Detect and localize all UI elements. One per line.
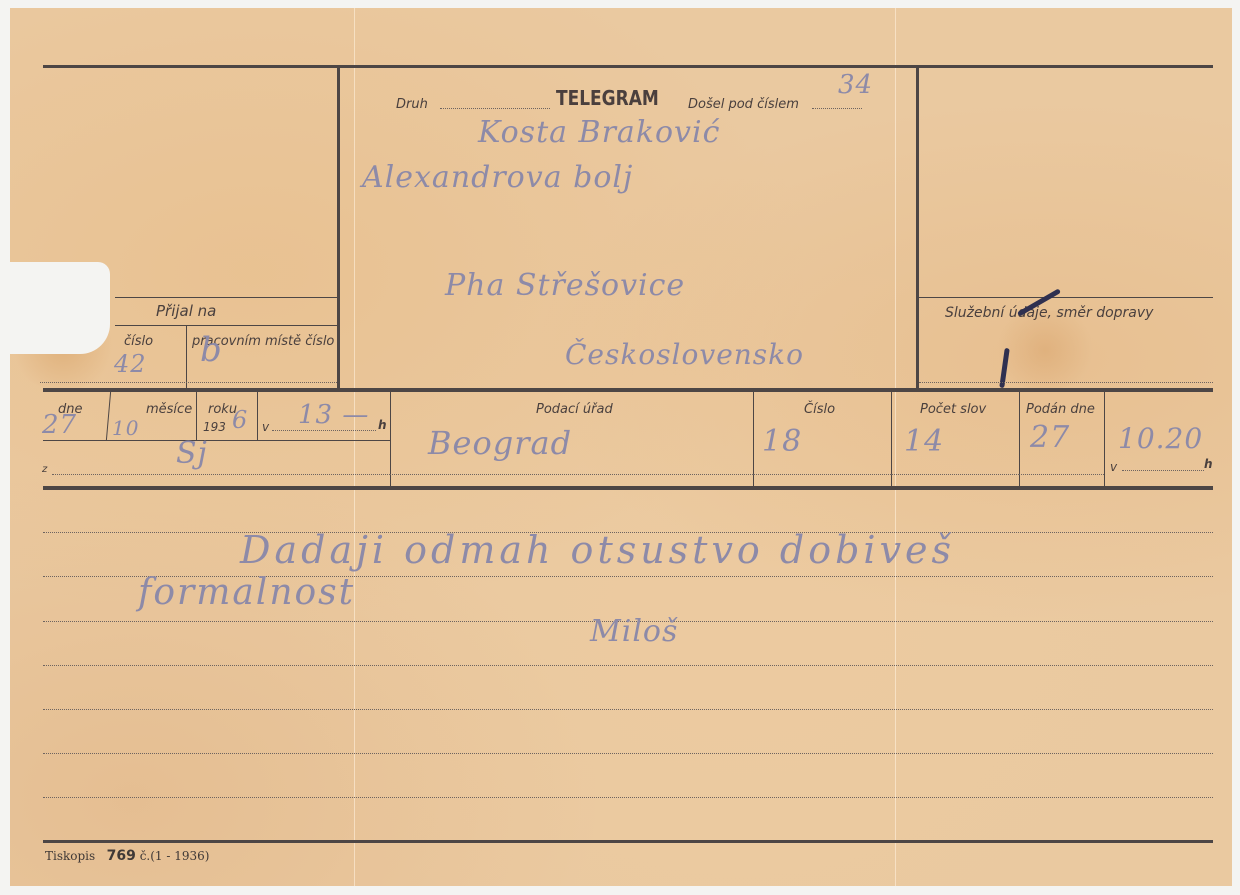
podan-left <box>1019 392 1020 486</box>
torn-corner <box>10 262 110 354</box>
message-line-2: formalnost <box>138 572 355 613</box>
prijal-field[interactable] <box>40 382 337 383</box>
sluzebni-label: Služební údaje, směr dopravy <box>945 305 1153 321</box>
podaci-label: Podací úřad <box>536 402 613 417</box>
message-line[interactable] <box>43 709 1213 710</box>
roku-prefix: 193 <box>203 420 226 434</box>
prijal-label: Přijal na <box>156 302 216 320</box>
cislo-label: Číslo <box>804 402 835 417</box>
v-label: v <box>262 420 269 434</box>
address-box-right <box>916 65 919 390</box>
druh-label: Druh <box>396 97 428 112</box>
sluzebni-field[interactable] <box>919 382 1213 383</box>
cislo-label: číslo <box>124 334 153 349</box>
prijal-divider <box>186 325 187 388</box>
podan-label: Podán dne <box>1026 402 1095 417</box>
h-label: h <box>378 418 387 432</box>
v2-label: v <box>1110 460 1117 474</box>
telegram-title: TELEGRAM <box>556 86 659 110</box>
message-line-1: Dadaji odmah otsustvo dobiveš <box>240 528 955 572</box>
dosel-value: 34 <box>838 70 873 100</box>
podan-time-value: 10.20 <box>1118 422 1203 455</box>
cislo-field[interactable] <box>753 474 891 475</box>
podaci-value: Beograd <box>428 424 572 462</box>
podan-value: 27 <box>1030 420 1070 455</box>
address-line-2: Alexandrova bolj <box>362 160 633 195</box>
tiskopis-label: Tiskopis <box>45 849 95 863</box>
fold-crease <box>354 8 355 886</box>
address-line-3: Pha Střešovice <box>445 268 685 303</box>
prijal-pracovnim-value: b <box>200 330 223 370</box>
podaci-field[interactable] <box>390 474 753 475</box>
pocet-value: 14 <box>904 424 944 459</box>
form-edition: č.(1 - 1936) <box>140 849 210 863</box>
bottom-border <box>43 840 1213 843</box>
date-row-divider <box>43 440 390 441</box>
top-border <box>43 65 1213 68</box>
header-row-top <box>43 388 1213 392</box>
message-line[interactable] <box>43 665 1213 666</box>
address-box-left <box>337 65 340 390</box>
time-value: 13 — <box>298 400 369 430</box>
podan-field[interactable] <box>1019 474 1104 475</box>
podan-time-field[interactable] <box>1122 470 1204 471</box>
prijal-top-line <box>115 297 337 298</box>
z-label: z <box>42 464 47 475</box>
dosel-field[interactable] <box>812 108 862 109</box>
address-line-4: Československo <box>565 338 804 371</box>
mesice-label: měsíce <box>146 402 192 417</box>
prijal-cislo-value: 42 <box>114 350 147 378</box>
address-line-1: Kosta Braković <box>478 115 720 150</box>
time-left <box>1104 392 1105 486</box>
sluzebni-top-line <box>919 297 1213 298</box>
pocet-field[interactable] <box>891 474 1019 475</box>
h2-label: h <box>1204 457 1213 471</box>
prijal-mid-line <box>115 325 337 326</box>
message-signature: Miloš <box>590 614 678 649</box>
message-line[interactable] <box>43 753 1213 754</box>
time-field[interactable] <box>272 430 376 431</box>
pocet-left <box>891 392 892 486</box>
mesice-value: 10 <box>112 416 139 440</box>
form-number: 769 <box>107 848 136 864</box>
roku-value: 6 <box>232 406 248 434</box>
message-line[interactable] <box>43 797 1213 798</box>
initials-value: Sj <box>176 436 208 471</box>
form-footer: Tiskopis 769 č.(1 - 1936) <box>45 848 209 864</box>
header-row-bottom <box>43 486 1213 490</box>
fold-crease <box>895 8 896 886</box>
z-field[interactable] <box>52 474 390 475</box>
dosel-label: Došel pod číslem <box>688 97 799 112</box>
druh-field[interactable] <box>440 108 550 109</box>
roku-divider <box>257 392 258 440</box>
cislo-value: 18 <box>762 424 802 459</box>
dne-value: 27 <box>42 410 77 440</box>
podaci-left <box>390 392 391 486</box>
cislo-left <box>753 392 754 486</box>
pocet-label: Počet slov <box>920 402 986 417</box>
mesice-divider <box>196 392 197 440</box>
